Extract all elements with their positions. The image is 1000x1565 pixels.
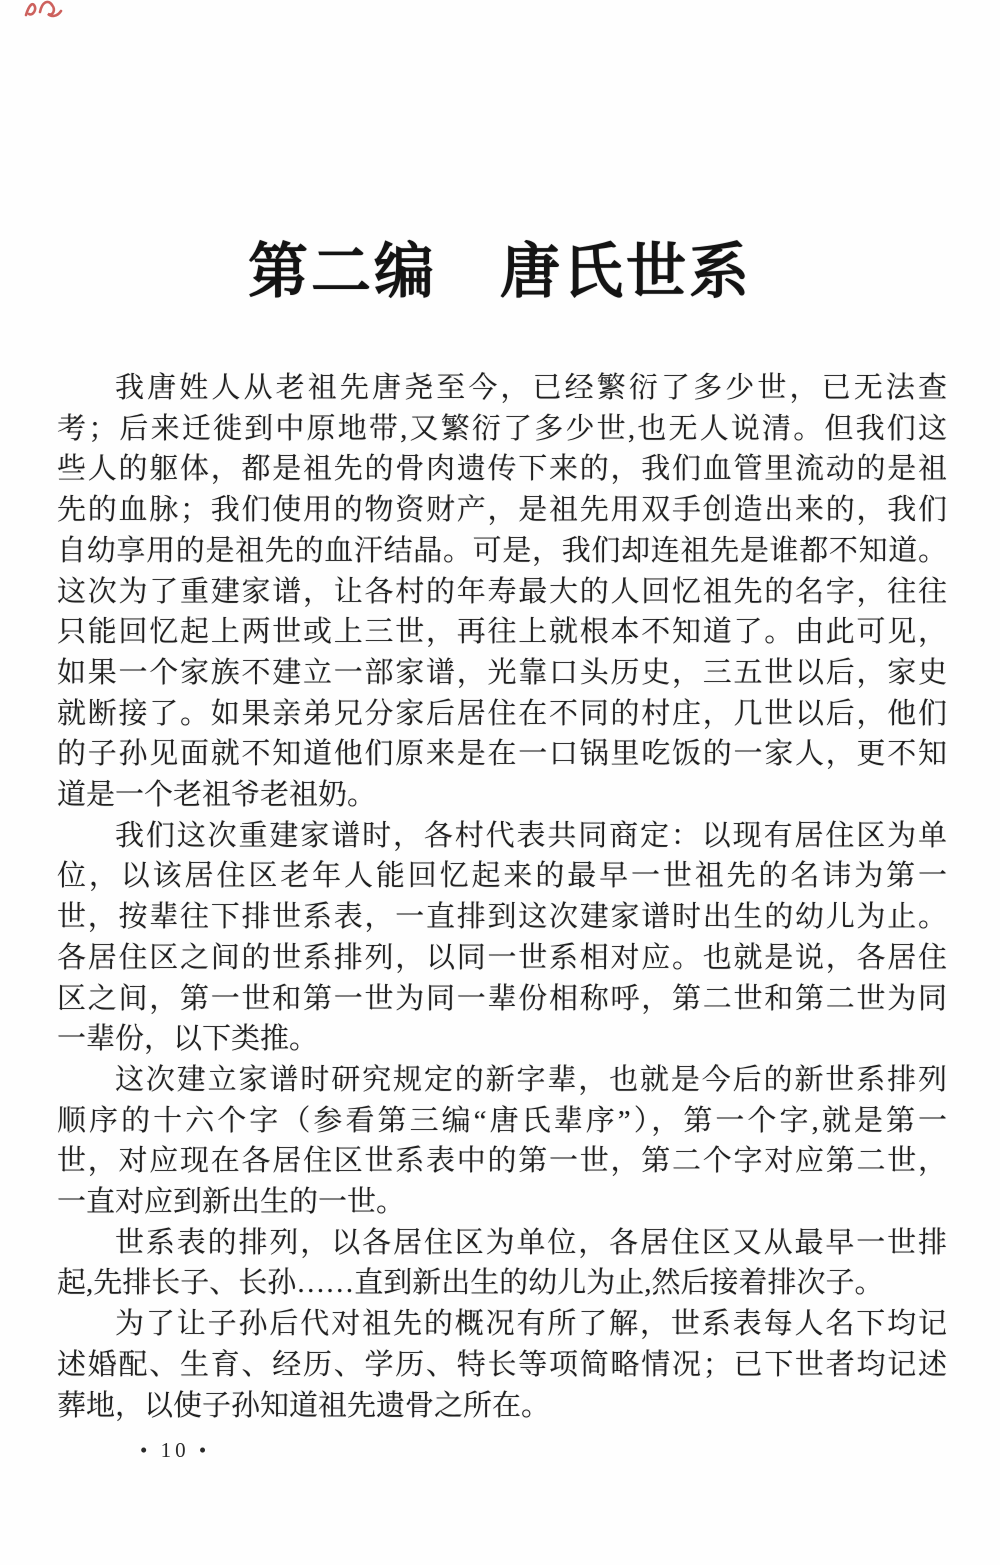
text-line: 一辈份，以下类推。 — [57, 1019, 947, 1060]
text-line: 这次建立家谱时研究规定的新字辈，也就是今后的新世系排列 — [57, 1060, 947, 1101]
text-line: 考；后来迁徙到中原地带,又繁衍了多少世,也无人说清。但我们这 — [57, 409, 947, 450]
text-line: 自幼享用的是祖先的血汗结晶。可是，我们却连祖先是谁都不知道。 — [57, 531, 947, 572]
text-line: 世，对应现在各居住区世系表中的第一世，第二个字对应第二世， — [57, 1141, 947, 1182]
text-line: 的子孙见面就不知道他们原来是在一口锅里吃饭的一家人，更不知 — [57, 734, 947, 775]
text-line: 述婚配、生育、经历、学历、特长等项简略情况；已下世者均记述 — [57, 1345, 947, 1386]
text-line: 一直对应到新出生的一世。 — [57, 1182, 947, 1223]
text-line: 如果一个家族不建立一部家谱，光靠口头历史，三五世以后，家史 — [57, 653, 947, 694]
text-line: 先的血脉；我们使用的物资财产，是祖先用双手创造出来的，我们 — [57, 490, 947, 531]
text-line: 各居住区之间的世系排列，以同一世系相对应。也就是说，各居住 — [57, 938, 947, 979]
paragraph-4: 世系表的排列，以各居住区为单位，各居住区又从最早一世排起,先排长子、长孙……直到… — [57, 1223, 947, 1304]
text-line: 为了让子孙后代对祖先的概况有所了解，世系表每人名下均记 — [57, 1304, 947, 1345]
text-line: 葬地，以使子孙知道祖先遗骨之所在。 — [57, 1386, 947, 1427]
text-line: 世系表的排列，以各居住区为单位，各居住区又从最早一世排 — [57, 1223, 947, 1264]
red-pen-scribble-mark — [22, 0, 66, 25]
text-line: 顺序的十六个字（参看第三编“唐氏辈序”），第一个字,就是第一 — [57, 1101, 947, 1142]
page-title: 第二编 唐氏世系 — [0, 224, 1000, 310]
text-line: 区之间，第一世和第一世为同一辈份相称呼，第二世和第二世为同 — [57, 979, 947, 1020]
page-number: • 10 • — [140, 1438, 210, 1463]
paragraph-3: 这次建立家谱时研究规定的新字辈，也就是今后的新世系排列顺序的十六个字（参看第三编… — [57, 1060, 947, 1223]
text-line: 我唐姓人从老祖先唐尧至今，已经繁衍了多少世，已无法查 — [57, 368, 947, 409]
text-line: 道是一个老祖爷老祖奶。 — [57, 775, 947, 816]
scanned-page: 第二编 唐氏世系 我唐姓人从老祖先唐尧至今，已经繁衍了多少世，已无法查考；后来迁… — [0, 0, 1000, 1565]
text-line: 只能回忆起上两世或上三世，再往上就根本不知道了。由此可见， — [57, 612, 947, 653]
text-line: 些人的躯体，都是祖先的骨肉遗传下来的，我们血管里流动的是祖 — [57, 449, 947, 490]
text-line: 世，按辈往下排世系表，一直排到这次建家谱时出生的幼儿为止。 — [57, 897, 947, 938]
paragraph-1: 我唐姓人从老祖先唐尧至今，已经繁衍了多少世，已无法查考；后来迁徙到中原地带,又繁… — [57, 368, 947, 816]
text-line: 位，以该居住区老年人能回忆起来的最早一世祖先的名讳为第一 — [57, 856, 947, 897]
text-line: 这次为了重建家谱，让各村的年寿最大的人回忆祖先的名字，往往 — [57, 572, 947, 613]
text-line: 起,先排长子、长孙……直到新出生的幼儿为止,然后接着排次子。 — [57, 1263, 947, 1304]
paragraph-2: 我们这次重建家谱时，各村代表共同商定：以现有居住区为单位，以该居住区老年人能回忆… — [57, 816, 947, 1060]
text-line: 我们这次重建家谱时，各村代表共同商定：以现有居住区为单 — [57, 816, 947, 857]
text-line: 就断接了。如果亲弟兄分家后居住在不同的村庄，几世以后，他们 — [57, 694, 947, 735]
document-body: 我唐姓人从老祖先唐尧至今，已经繁衍了多少世，已无法查考；后来迁徙到中原地带,又繁… — [57, 368, 947, 1426]
paragraph-5: 为了让子孙后代对祖先的概况有所了解，世系表每人名下均记述婚配、生育、经历、学历、… — [57, 1304, 947, 1426]
